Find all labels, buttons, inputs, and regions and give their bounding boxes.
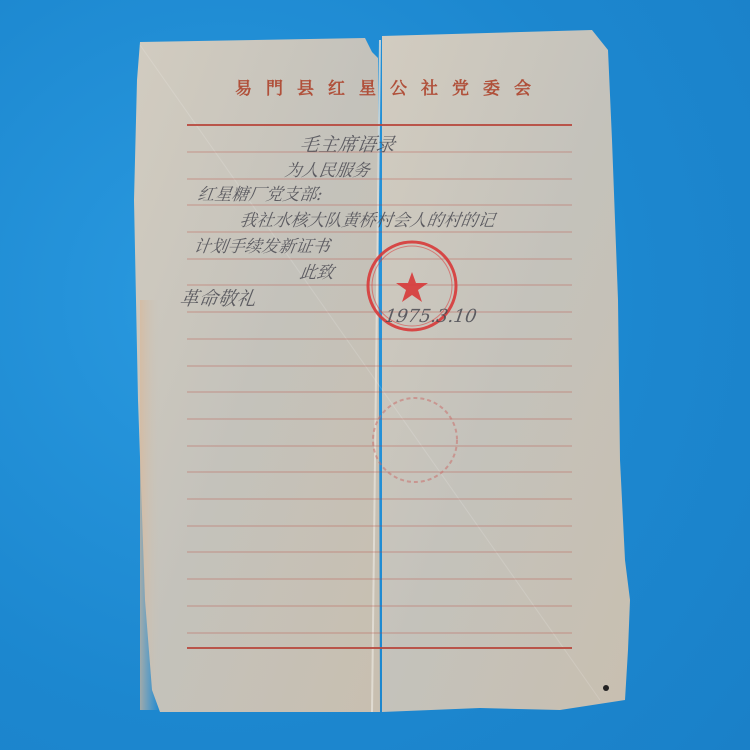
closing-1: 此致: [298, 258, 336, 283]
salutation: 红星糖厂党支部:: [196, 180, 324, 205]
closing-2: 革命敬礼: [178, 284, 258, 311]
quote-text: 为人民服务: [283, 156, 372, 181]
paper-shape: [0, 0, 750, 750]
body-line-2: 计划手续发新证书: [192, 232, 332, 257]
body-line-1: 我社水核大队黄桥村会人的村的记: [238, 206, 497, 231]
quote-title: 毛主席语录: [298, 130, 397, 157]
document-date: 1975.3.10: [384, 306, 479, 327]
letterhead-title: 易門县红星公社党委会: [180, 74, 600, 99]
document-paper: 易門县红星公社党委会 毛主席语录 为人民服务 红星糖厂党支部: 我社水核大队黄桥…: [0, 0, 750, 750]
